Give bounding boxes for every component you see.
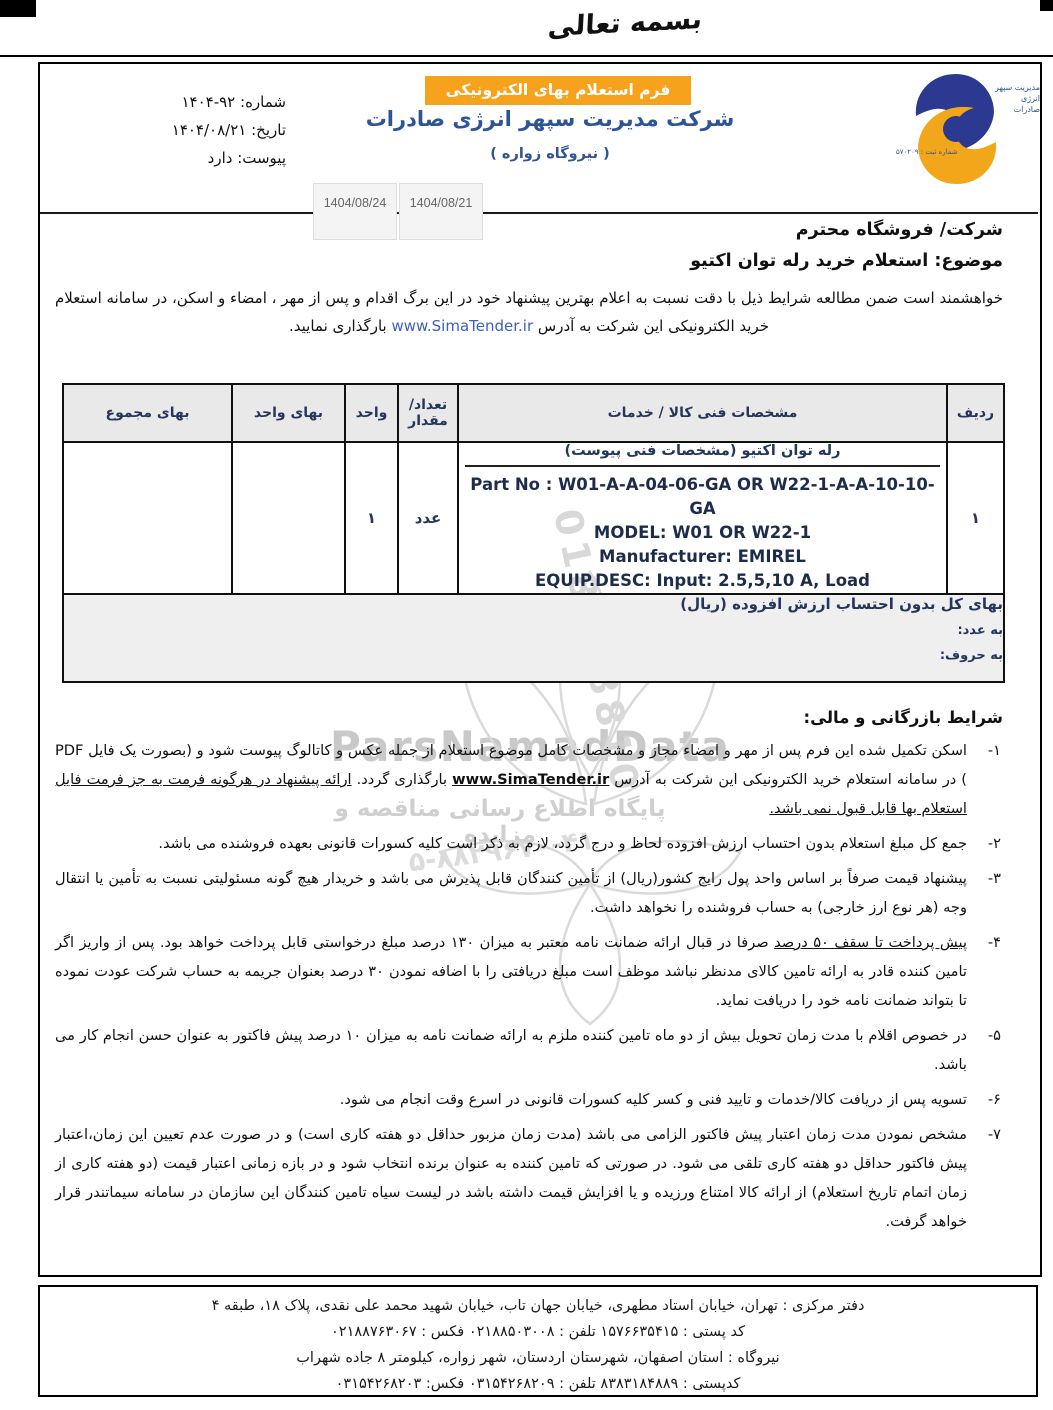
- footer-line: کد پستی : ۱۵۷۶۶۳۵۴۱۵ تلفن : ۰۲۱۸۸۵۰۳۰۰۸ …: [40, 1319, 1036, 1345]
- footer-line: دفتر مرکزی : تهران، خیابان استاد مطهری، …: [40, 1293, 1036, 1319]
- date-field-issue[interactable]: 1404/08/21: [399, 183, 483, 240]
- logo-swirl-icon: [904, 68, 1008, 190]
- date-field-deadline[interactable]: 1404/08/24: [313, 183, 397, 240]
- term-item-number: ۲-: [988, 829, 1001, 858]
- summary-cell: بهای کل بدون احتساب ارزش افزوده (ریال) ب…: [63, 594, 1004, 682]
- term-item-text: جمع کل مبلغ استعلام بدون احتساب ارزش افز…: [158, 835, 967, 852]
- subject-line: موضوع: استعلام خرید رله توان اکتیو: [55, 251, 1003, 271]
- term-item: ۷-مشخص نمودن مدت زمان اعتبار پیش فاکتور …: [55, 1120, 1003, 1236]
- letterhead-divider: [40, 212, 1038, 214]
- term-item-number: ۵-: [988, 1021, 1001, 1050]
- terms-list: ۱-اسکن تکمیل شده این فرم پس از مهر و امض…: [55, 736, 1003, 1236]
- term-item-number: ۷-: [988, 1120, 1001, 1149]
- term-item-number: ۴-: [988, 928, 1001, 957]
- footer-line: نیروگاه : استان اصفهان، شهرستان اردستان،…: [40, 1345, 1036, 1371]
- item-spec-line: Manufacturer: EMIREL: [459, 545, 946, 569]
- term-item: ۶-تسویه پس از دریافت کالا/خدمات و تایید …: [55, 1085, 1003, 1114]
- top-divider: [0, 55, 1053, 57]
- item-spec-line: EQUIP.DESC: Input: 2.5,5,10 A, Load: [459, 569, 946, 593]
- term-item-text: در خصوص اقلام با مدت زمان تحویل بیش از د…: [55, 1027, 967, 1073]
- form-attachment: پیوست: دارد: [118, 148, 286, 169]
- term-item: ۴-پیش پرداخت تا سقف ۵۰ درصد صرفا در قبال…: [55, 928, 1003, 1015]
- company-title: شرکت مدیریت سپهر انرژی صادرات: [290, 107, 810, 131]
- company-logo: مدیریت سپهر انرژی صادرات شماره ثبت : ۵۷۰…: [896, 66, 1038, 196]
- simatender-link[interactable]: www.SimaTender.ir: [391, 317, 533, 335]
- footer-lines: دفتر مرکزی : تهران، خیابان استاد مطهری، …: [40, 1287, 1036, 1397]
- cell-unit: ۱: [345, 442, 398, 594]
- intro-block: شرکت/ فروشگاه محترم موضوع: استعلام خرید …: [55, 220, 1003, 340]
- col-header-row-no: ردیف: [947, 384, 1004, 442]
- form-type-banner: فرم استعلام بهای الکترونیکی: [425, 76, 691, 105]
- term-item-number: ۳-: [988, 864, 1001, 893]
- logo-registration-number: شماره ثبت : ۵۷۰۲۰۹: [896, 148, 966, 156]
- logo-company-name: مدیریت سپهر انرژی صادرات: [994, 82, 1040, 115]
- col-header-unit: واحد: [345, 384, 398, 442]
- inquiry-form-page: بسمه تعالی ParsNamadData پایگاه اطلاع رس…: [0, 0, 1053, 1410]
- plant-subtitle: ( نیروگاه زواره ): [290, 146, 810, 162]
- total-price-label: بهای کل بدون احتساب ارزش افزوده (ریال): [64, 595, 1003, 613]
- document-meta: شماره: ۹۲-۱۴۰۴ تاریخ: ۱۴۰۴/۰۸/۲۱ پیوست: …: [118, 92, 286, 176]
- term-item-text: بارگذاری گردد.: [352, 771, 453, 788]
- cell-qty: عدد: [398, 442, 458, 594]
- term-item-text: مشخص نمودن مدت زمان اعتبار پیش فاکتور ال…: [55, 1126, 967, 1230]
- form-number: شماره: ۹۲-۱۴۰۴: [118, 92, 286, 113]
- term-item: ۱-اسکن تکمیل شده این فرم پس از مهر و امض…: [55, 736, 1003, 823]
- item-title: رله توان اکتیو (مشخصات فنی پیوست): [465, 443, 940, 467]
- table-summary-row: بهای کل بدون احتساب ارزش افزوده (ریال) ب…: [63, 594, 1004, 682]
- besmele-calligraphy: بسمه تعالی: [544, 4, 705, 44]
- total-numeric-label[interactable]: به عدد:: [64, 623, 1003, 638]
- item-spec-line: Part No : W01-A-A-04-06-GA OR W22-1-A-A-…: [459, 473, 946, 521]
- logo-name-line2: انرژی صادرات: [994, 93, 1040, 115]
- item-spec-line: MODEL: W01 OR W22-1: [459, 521, 946, 545]
- col-header-unit-price: بهای واحد: [232, 384, 345, 442]
- term-item: ۳-پیشنهاد قیمت صرفاً بر اساس واحد پول را…: [55, 864, 1003, 922]
- term-item-text: www.SimaTender.ir: [452, 771, 609, 788]
- items-table: ردیف مشخصات فنی کالا / خدمات تعداد/ مقدا…: [62, 383, 1005, 683]
- table-row: ۱ رله توان اکتیو (مشخصات فنی پیوست) Part…: [63, 442, 1004, 594]
- footer-address-box: دفتر مرکزی : تهران، خیابان استاد مطهری، …: [38, 1285, 1038, 1397]
- terms-section: شرایط بازرگانی و مالی: ۱-اسکن تکمیل شده …: [55, 708, 1003, 1242]
- scan-corner-mark: [1040, 0, 1053, 11]
- col-header-qty: تعداد/ مقدار: [398, 384, 458, 442]
- footer-line: کدپستی : ۸۳۸۳۱۸۴۸۸۹ تلفن : ۰۳۱۵۴۲۶۸۲۰۹ ف…: [40, 1371, 1036, 1397]
- salutation: شرکت/ فروشگاه محترم: [55, 220, 1003, 240]
- term-item-number: ۶-: [988, 1085, 1001, 1114]
- term-item-text: پیش پرداخت تا سقف ۵۰ درصد: [774, 934, 967, 951]
- term-item-text: پیشنهاد قیمت صرفاً بر اساس واحد پول رایج…: [55, 870, 967, 916]
- cell-total-price[interactable]: [63, 442, 232, 594]
- cell-row-no: ۱: [947, 442, 1004, 594]
- terms-heading: شرایط بازرگانی و مالی:: [55, 708, 1003, 727]
- term-item-number: ۱-: [988, 736, 1001, 765]
- col-header-spec: مشخصات فنی کالا / خدمات: [458, 384, 947, 442]
- logo-name-line1: مدیریت سپهر: [994, 82, 1040, 93]
- cell-spec: رله توان اکتیو (مشخصات فنی پیوست) Part N…: [458, 442, 947, 594]
- cell-unit-price[interactable]: [232, 442, 345, 594]
- intro-text-post: بارگذاری نمایید.: [289, 317, 391, 335]
- term-item: ۵-در خصوص اقلام با مدت زمان تحویل بیش از…: [55, 1021, 1003, 1079]
- total-words-label[interactable]: به حروف:: [64, 648, 1003, 663]
- term-item-text: تسویه پس از دریافت کالا/خدمات و تایید فن…: [340, 1091, 967, 1108]
- date-fields: 1404/08/24 1404/08/21: [313, 183, 483, 240]
- form-date: تاریخ: ۱۴۰۴/۰۸/۲۱: [118, 120, 286, 141]
- term-item: ۲-جمع کل مبلغ استعلام بدون احتساب ارزش ا…: [55, 829, 1003, 858]
- col-header-total-price: بهای مجموع: [63, 384, 232, 442]
- intro-paragraph: خواهشمند است ضمن مطالعه شرایط ذیل با دقت…: [55, 284, 1003, 340]
- scan-corner-mark: [0, 0, 36, 17]
- item-spec-lines: Part No : W01-A-A-04-06-GA OR W22-1-A-A-…: [459, 473, 946, 593]
- table-header-row: ردیف مشخصات فنی کالا / خدمات تعداد/ مقدا…: [63, 384, 1004, 442]
